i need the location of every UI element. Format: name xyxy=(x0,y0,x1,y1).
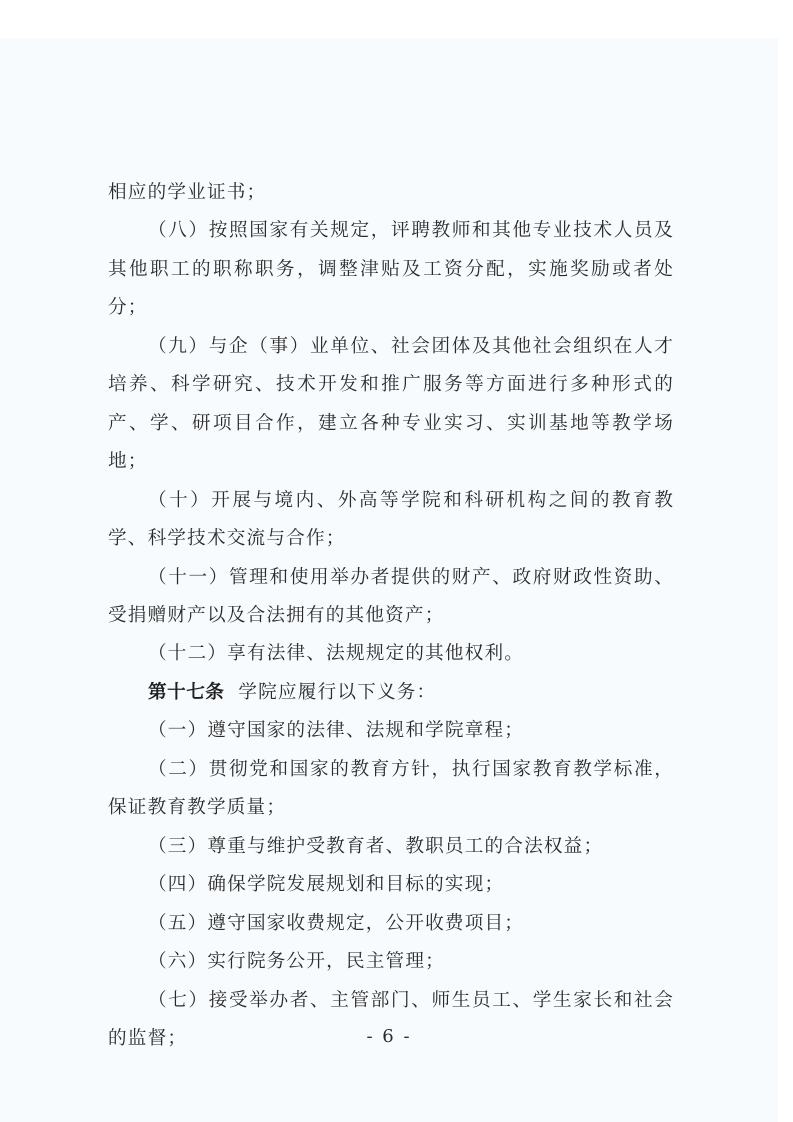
obligation-item-5: （五）遵守国家收费规定，公开收费项目； xyxy=(108,905,674,943)
obligation-item-3: （三）尊重与维护受教育者、教职员工的合法权益； xyxy=(108,828,674,866)
paragraph-item-12: （十二）享有法律、法规规定的其他权利。 xyxy=(108,635,674,673)
paragraph-text: （五）遵守国家收费规定，公开收费项目； xyxy=(148,913,524,934)
obligation-item-6: （六）实行院务公开，民主管理； xyxy=(108,943,674,981)
obligation-item-4: （四）确保学院发展规划和目标的实现； xyxy=(108,866,674,904)
paragraph-item-11: （十一）管理和使用举办者提供的财产、政府财政性资助、受捐赠财产以及合法拥有的其他… xyxy=(108,559,674,636)
paragraph-item-10: （十）开展与境内、外高等学院和科研机构之间的教育教学、科学技术交流与合作； xyxy=(108,482,674,559)
paragraph-text: 相应的学业证书； xyxy=(108,182,266,203)
article-label: 第十七条 xyxy=(148,682,224,703)
paragraph-text: 学院应履行以下义务： xyxy=(238,682,436,703)
paragraph-item-9: （九）与企（事）业单位、社会团体及其他社会组织在人才培养、科学研究、技术开发和推… xyxy=(108,328,674,482)
paragraph-text: （十）开展与境内、外高等学院和科研机构之间的教育教学、科学技术交流与合作； xyxy=(108,490,674,549)
paragraph-text: （六）实行院务公开，民主管理； xyxy=(148,951,445,972)
paragraph-text: （十一）管理和使用举办者提供的财产、政府财政性资助、受捐赠财产以及合法拥有的其他… xyxy=(108,567,674,626)
paragraph-item-8: （八）按照国家有关规定，评聘教师和其他专业技术人员及其他职工的职称职务，调整津贴… xyxy=(108,212,674,327)
page-top-margin xyxy=(0,0,793,38)
paragraph-text: （十二）享有法律、法规规定的其他权利。 xyxy=(148,643,524,664)
paragraph-text: （四）确保学院发展规划和目标的实现； xyxy=(148,874,504,895)
obligation-item-1: （一）遵守国家的法律、法规和学院章程； xyxy=(108,712,674,750)
paragraph-continuation: 相应的学业证书； xyxy=(108,174,674,212)
paragraph-text: （二）贯彻党和国家的教育方针，执行国家教育教学标准，保证教育教学质量； xyxy=(108,759,674,818)
obligation-item-2: （二）贯彻党和国家的教育方针，执行国家教育教学标准，保证教育教学质量； xyxy=(108,751,674,828)
article-17: 第十七条学院应履行以下义务： xyxy=(108,674,674,712)
paragraph-text: （九）与企（事）业单位、社会团体及其他社会组织在人才培养、科学研究、技术开发和推… xyxy=(108,336,674,472)
paragraph-text: （八）按照国家有关规定，评聘教师和其他专业技术人员及其他职工的职称职务，调整津贴… xyxy=(108,220,674,318)
paragraph-text: （三）尊重与维护受教育者、教职员工的合法权益； xyxy=(148,836,603,857)
paragraph-text: （一）遵守国家的法律、法规和学院章程； xyxy=(148,720,524,741)
page-number: - 6 - xyxy=(0,1026,778,1047)
document-body: 相应的学业证书； （八）按照国家有关规定，评聘教师和其他专业技术人员及其他职工的… xyxy=(108,174,674,1058)
